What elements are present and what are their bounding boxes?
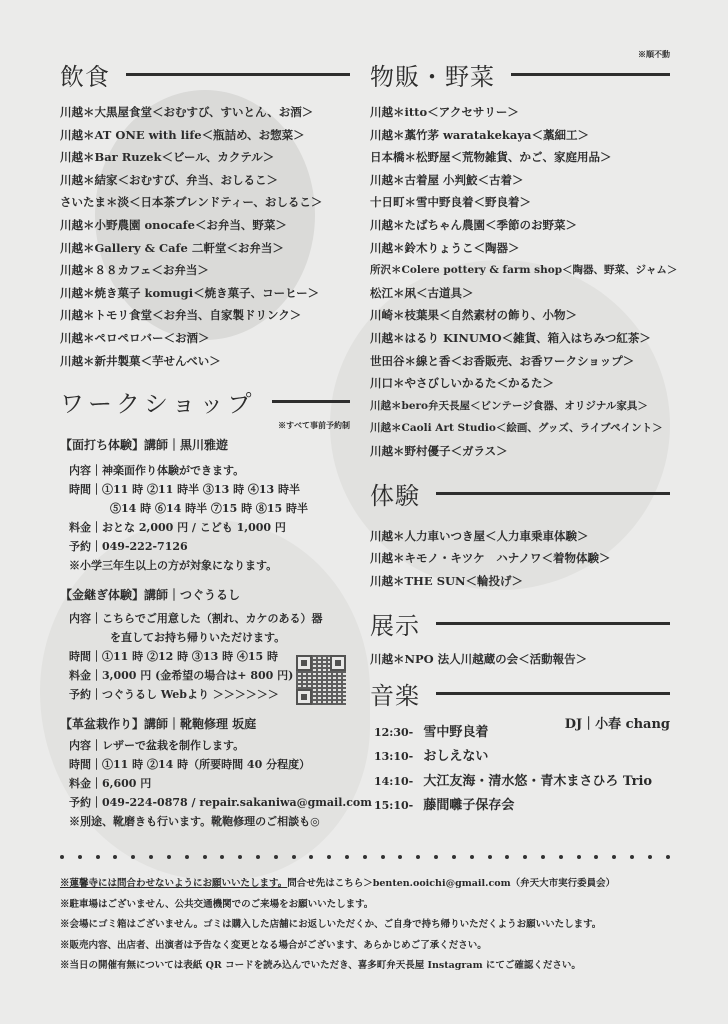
workshop-title: 【金継ぎ体験】講師｜つぐうるし	[60, 585, 350, 605]
section-title: 展示	[370, 606, 420, 641]
footer-note: ※駐車場はございません、公共交通機関でのご来場をお願いいたします。	[60, 895, 680, 916]
dj-credit: DJ｜小春 chang	[565, 713, 670, 732]
footer-note: ※販売内容、出店者、出演者は予告なく変更となる場合がございます、あらかじめご了承…	[60, 936, 680, 957]
workshop-title: 【面打ち体験】講師｜黒川雅遊	[60, 435, 350, 455]
list-item: 川越＊bero弁天長屋＜ビンテージ食器、オリジナル家具＞	[370, 395, 670, 418]
list-item: 川越＊たばちゃん農園＜季節のお野菜＞	[370, 214, 670, 237]
workshop-detail: 内容｜神楽面作り体験ができます。	[60, 461, 350, 480]
list-item: 川越＊Caoli Art Studio＜絵画、グッズ、ライブペイント＞	[370, 417, 670, 440]
list-item: 川越＊結家＜おむすび、弁当、おしるこ＞	[60, 169, 350, 192]
list-item: 世田谷＊線と香＜お香販売、お香ワークショップ＞	[370, 350, 670, 373]
section-rule	[436, 492, 670, 495]
list-item: 所沢＊Colere pottery & farm shop＜陶器、野菜、ジャム＞	[370, 259, 670, 282]
workshop-detail: 内容｜こちらでご用意した（割れ、カケのある）器	[60, 609, 350, 628]
music-time: 13:10-	[374, 750, 413, 763]
workshop-detail: ※小学三年生以上の方が対象になります。	[60, 556, 350, 575]
left-column: 飲食 川越＊大黒屋食堂＜おむすび、すいとん、お酒＞ 川越＊AT ONE with…	[60, 55, 350, 841]
workshop-detail: ※別途、靴磨きも行います。靴鞄修理のご相談も◎	[60, 812, 350, 831]
section-header: 展示	[370, 604, 670, 642]
list-item: 川越＊Bar Ruzek＜ビール、カクテル＞	[60, 146, 350, 169]
list-item: 川越＊Gallery & Cafe 二軒堂＜お弁当＞	[60, 237, 350, 260]
section-header: 物販・野菜	[370, 55, 670, 93]
list-item: 川越＊ペロペロバー＜お酒＞	[60, 327, 350, 350]
workshop-detail: 予約｜049-222-7126	[60, 537, 350, 556]
list-item: 川越＊古着屋 小判鮫＜古着＞	[370, 169, 670, 192]
list-item: 十日町＊雪中野良着＜野良着＞	[370, 191, 670, 214]
section-rule	[272, 400, 350, 403]
section-title: ワークショップ	[60, 384, 256, 419]
workshop-detail: を直してお持ち帰りいただけます。	[60, 628, 350, 647]
footer-note: ※会場にゴミ箱はございません。ゴミは購入した店舗にお返しいただくか、ご自身で持ち…	[60, 915, 680, 936]
workshop-detail: 料金｜6,600 円	[60, 774, 350, 793]
section-rule	[436, 692, 670, 695]
workshop-block: 【金継ぎ体験】講師｜つぐうるし 内容｜こちらでご用意した（割れ、カケのある）器 …	[60, 585, 350, 704]
right-column: ※順不動 物販・野菜 川越＊itto＜アクセサリー＞ 川越＊藁竹茅 warata…	[370, 55, 670, 819]
workshop-detail: 時間｜①11 時 ②11 時半 ③13 時 ④13 時半	[60, 480, 350, 499]
list-item: 川越＊野村優子＜ガラス＞	[370, 440, 670, 463]
workshop-block: 【革盆栽作り】講師｜靴鞄修理 坂庭 内容｜レザーで盆栽を制作します。 時間｜①1…	[60, 714, 350, 831]
list-item: さいたま＊淡＜日本茶ブレンドティー、おしるこ＞	[60, 191, 350, 214]
list-item: 川越＊大黒屋食堂＜おむすび、すいとん、お酒＞	[60, 101, 350, 124]
music-performer: 藤間囃子保存会	[423, 798, 514, 813]
qr-code-icon[interactable]	[296, 655, 346, 705]
music-performer: 雪中野良着	[423, 725, 488, 740]
goods-section: 物販・野菜 川越＊itto＜アクセサリー＞ 川越＊藁竹茅 waratakekay…	[370, 55, 670, 463]
list-item: 川越＊はるり KINUMO＜雑貨、箱入はちみつ紅茶＞	[370, 327, 670, 350]
list-item: 川崎＊枝葉果＜自然素材の飾り、小物＞	[370, 304, 670, 327]
dotted-divider	[60, 855, 670, 859]
section-header: 飲食	[60, 55, 350, 93]
reservation-note: ※すべて事前予約制	[60, 420, 350, 431]
list-item: 川越＊８８カフェ＜お弁当＞	[60, 259, 350, 282]
experience-section: 体験 川越＊人力車いつき屋＜人力車乗車体験＞ 川越＊キモノ・キツケ ハナノワ＜着…	[370, 475, 670, 593]
exhibition-section: 展示 川越＊NPO 法人川越蔵の会＜活動報告＞	[370, 604, 670, 671]
list-item: 川越＊THE SUN＜輪投げ＞	[370, 570, 670, 593]
list-item: 川越＊新井製菓＜芋せんべい＞	[60, 350, 350, 373]
footer-note: ※蓮馨寺には問合わせないようにお願いいたします。問合せ先はこちら＞benten.…	[60, 874, 680, 895]
music-time: 12:30-	[374, 726, 413, 739]
list-item: 川越＊NPO 法人川越蔵の会＜活動報告＞	[370, 648, 670, 671]
music-schedule-row: 15:10- 藤間囃子保存会	[370, 794, 670, 819]
section-header: ワークショップ	[60, 382, 350, 420]
workshop-detail: ⑤14 時 ⑥14 時半 ⑦15 時 ⑧15 時半	[60, 499, 350, 518]
list-item: 川越＊トモリ食堂＜お弁当、自家製ドリンク＞	[60, 304, 350, 327]
footer-notes: ※蓮馨寺には問合わせないようにお願いいたします。問合せ先はこちら＞benten.…	[60, 874, 680, 977]
list-item: 川越＊鈴木りょうこ＜陶器＞	[370, 237, 670, 260]
section-rule	[511, 73, 670, 76]
workshop-title: 【革盆栽作り】講師｜靴鞄修理 坂庭	[60, 714, 350, 734]
workshop-detail: 内容｜レザーで盆栽を制作します。	[60, 736, 350, 755]
list-item: 川越＊キモノ・キツケ ハナノワ＜着物体験＞	[370, 547, 670, 570]
section-title: 音楽	[370, 676, 420, 711]
list-item: 日本橋＊松野屋＜荒物雑貨、かご、家庭用品＞	[370, 146, 670, 169]
footer-note-contact: 問合せ先はこちら＞benten.ooichi@gmail.com（弁天大市実行委…	[287, 878, 615, 889]
section-header: 体験	[370, 475, 670, 513]
workshop-block: 【面打ち体験】講師｜黒川雅遊 内容｜神楽面作り体験ができます。 時間｜①11 時…	[60, 435, 350, 575]
section-title: 物販・野菜	[370, 57, 495, 92]
section-header: 音楽	[370, 675, 670, 713]
list-item: 川口＊やさびしいかるた＜かるた＞	[370, 372, 670, 395]
music-section: 音楽 DJ｜小春 chang 12:30- 雪中野良着 13:10- おしえない…	[370, 675, 670, 819]
workshop-detail: 料金｜おとな 2,000 円 / こども 1,000 円	[60, 518, 350, 537]
section-title: 体験	[370, 476, 420, 511]
list-item: 川越＊小野農園 onocafe＜お弁当、野菜＞	[60, 214, 350, 237]
order-note: ※順不動	[638, 49, 670, 60]
list-item: 川越＊藁竹茅 waratakekaya＜藁細工＞	[370, 124, 670, 147]
list-item: 松江＊凩＜古道具＞	[370, 282, 670, 305]
footer-note-warning: ※蓮馨寺には問合わせないようにお願いいたします。	[60, 878, 287, 889]
music-performer: 大江友海・清水悠・青木まさひろ Trio	[423, 774, 652, 789]
footer-note: ※当日の開催有無については表紙 QR コードを読み込んでいただき、喜多町弁天長屋…	[60, 956, 680, 977]
music-time: 15:10-	[374, 799, 413, 812]
workshop-section: ワークショップ ※すべて事前予約制 【面打ち体験】講師｜黒川雅遊 内容｜神楽面作…	[60, 382, 350, 831]
food-section: 飲食 川越＊大黒屋食堂＜おむすび、すいとん、お酒＞ 川越＊AT ONE with…	[60, 55, 350, 372]
section-rule	[126, 73, 350, 76]
section-title: 飲食	[60, 57, 110, 92]
music-performer: おしえない	[423, 749, 488, 764]
music-schedule-row: 13:10- おしえない	[370, 745, 670, 770]
list-item: 川越＊AT ONE with life＜瓶詰め、お惣菜＞	[60, 124, 350, 147]
music-schedule-row: 14:10- 大江友海・清水悠・青木まさひろ Trio	[370, 770, 670, 795]
music-time: 14:10-	[374, 775, 413, 788]
section-rule	[436, 622, 670, 625]
workshop-detail: 時間｜①11 時 ②14 時（所要時間 40 分程度）	[60, 755, 350, 774]
workshop-detail: 予約｜049-224-0878 / repair.sakaniwa@gmail.…	[60, 793, 350, 812]
list-item: 川越＊人力車いつき屋＜人力車乗車体験＞	[370, 525, 670, 548]
list-item: 川越＊焼き菓子 komugi＜焼き菓子、コーヒー＞	[60, 282, 350, 305]
list-item: 川越＊itto＜アクセサリー＞	[370, 101, 670, 124]
